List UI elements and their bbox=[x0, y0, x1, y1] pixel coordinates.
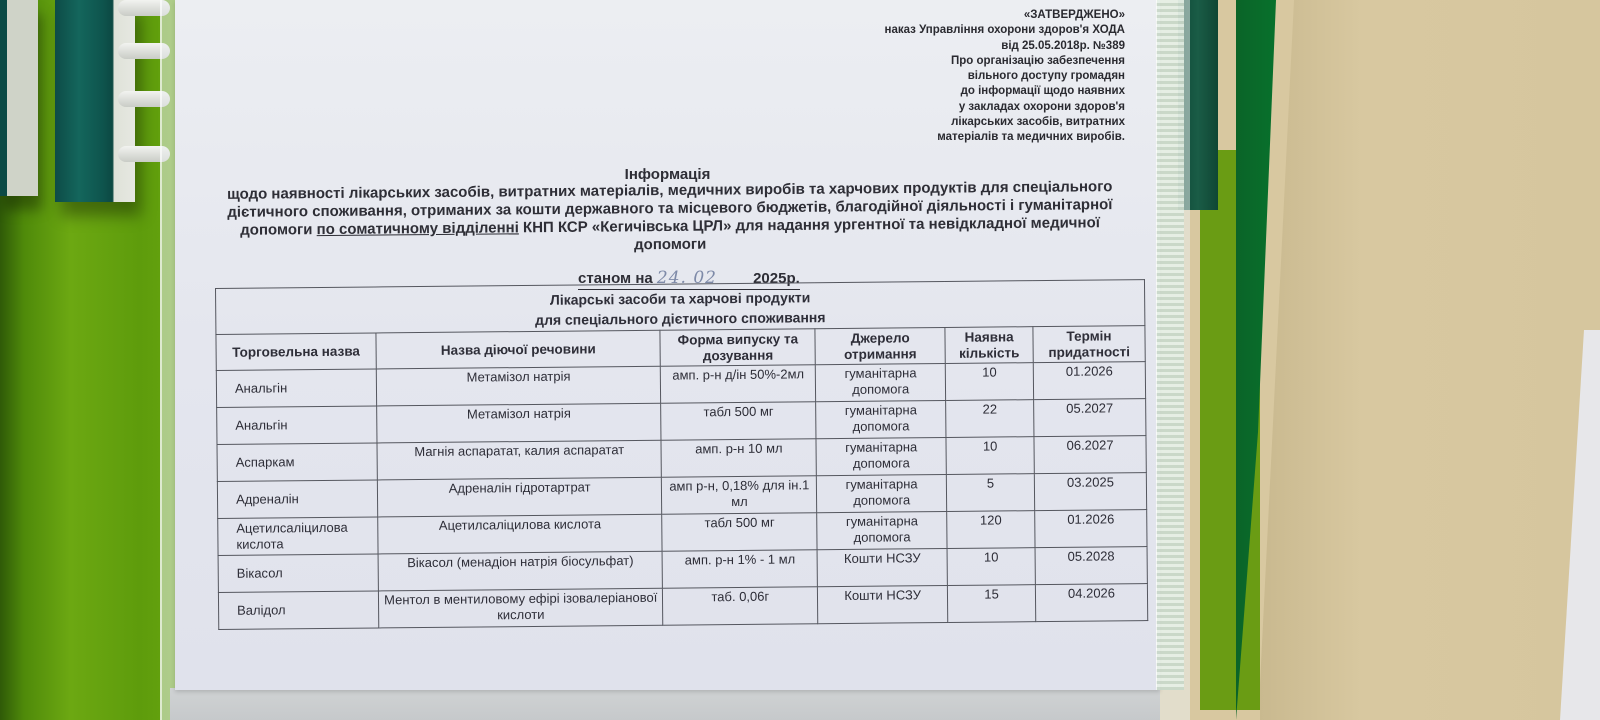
cell-substance: Метамізол натрія bbox=[376, 366, 661, 406]
cell-form: амп. р-н 1% - 1 мл bbox=[663, 550, 818, 588]
cell-source: гуманітарна допомога bbox=[817, 511, 947, 549]
cell-source: гуманітарна допомога bbox=[816, 400, 946, 438]
cell-form: табл 500 мг bbox=[661, 402, 816, 440]
cell-trade-name: Вікасол bbox=[218, 554, 378, 593]
cell-quantity: 120 bbox=[947, 511, 1035, 549]
medicines-table: Лікарські засоби та харчові продукти для… bbox=[215, 279, 1148, 630]
cell-trade-name: Валідол bbox=[218, 591, 378, 630]
cell-source: Кошти НСЗУ bbox=[818, 585, 948, 623]
approval-line: до інформації щодо наявних bbox=[805, 84, 1125, 99]
cell-form: амп р-н, 0,18% для ін.1 мл bbox=[662, 476, 817, 514]
cell-substance: Магнія аспаратат, калия аспаратат bbox=[377, 440, 662, 480]
cell-trade-name: Ацетилсаліцилова кислота bbox=[218, 517, 378, 556]
approval-line: наказ Управління охорони здоров'я ХОДА bbox=[805, 23, 1125, 38]
cell-expiry: 04.2026 bbox=[1035, 584, 1147, 622]
cell-source: Кошти НСЗУ bbox=[817, 548, 947, 586]
cell-trade-name: Анальгін bbox=[217, 406, 377, 445]
sleeve-bottom bbox=[170, 688, 1160, 720]
approval-line: Про організацію забезпечення bbox=[805, 54, 1125, 69]
cell-quantity: 22 bbox=[946, 400, 1034, 438]
beige-wall bbox=[1260, 0, 1600, 720]
cell-quantity: 5 bbox=[946, 474, 1034, 512]
cell-quantity: 10 bbox=[947, 548, 1035, 586]
cell-expiry: 01.2026 bbox=[1035, 510, 1147, 548]
cell-expiry: 05.2027 bbox=[1034, 399, 1146, 437]
col-header-expiry: Термін придатності bbox=[1033, 326, 1145, 363]
cell-quantity: 10 bbox=[945, 363, 1033, 401]
department-name: по соматичному відділенні bbox=[317, 219, 519, 238]
cell-quantity: 10 bbox=[946, 437, 1034, 475]
approval-line: у закладах охорони здоров'я bbox=[805, 100, 1125, 115]
cell-expiry: 01.2026 bbox=[1033, 362, 1145, 400]
cell-substance: Ментол в ментиловому ефірі ізовалеріанов… bbox=[378, 588, 663, 628]
sleeve-perforation bbox=[1156, 0, 1184, 690]
cell-expiry: 05.2028 bbox=[1035, 547, 1147, 585]
col-header-form: Форма випуску та дозування bbox=[660, 329, 815, 366]
col-header-trade-name: Торговельна назва bbox=[216, 333, 376, 371]
notice-sheet: «ЗАТВЕРДЖЕНО»наказ Управління охорони зд… bbox=[175, 0, 1160, 690]
approval-line: вільного доступу громадян bbox=[805, 69, 1125, 84]
cell-substance: Вікасол (менадіон натрія біосульфат) bbox=[378, 551, 663, 591]
cell-form: таб. 0,06г bbox=[663, 587, 818, 625]
approval-line: від 25.05.2018р. №389 bbox=[805, 39, 1125, 54]
table-row: ВалідолМентол в ментиловому ефірі ізовал… bbox=[218, 584, 1147, 630]
cell-quantity: 15 bbox=[947, 585, 1035, 623]
cell-substance: Адреналін гідротартрат bbox=[377, 477, 662, 517]
cell-trade-name: Адреналін bbox=[217, 480, 377, 519]
cell-source: гуманітарна допомога bbox=[816, 363, 946, 401]
approval-line: матеріалів та медичних виробів. bbox=[805, 130, 1125, 145]
col-header-quantity: Наявна кількість bbox=[945, 327, 1033, 364]
cell-form: амп. р-н д/ін 50%-2мл bbox=[661, 365, 816, 403]
col-header-substance: Назва діючої речовини bbox=[376, 330, 661, 369]
cell-expiry: 06.2027 bbox=[1034, 436, 1146, 474]
wall-rail-left bbox=[0, 0, 38, 196]
cell-source: гуманітарна допомога bbox=[816, 437, 946, 475]
cell-substance: Метамізол натрія bbox=[377, 403, 662, 443]
cell-form: амп. р-н 10 мл bbox=[661, 439, 816, 477]
approval-line: лікарських засобів, витратних bbox=[805, 115, 1125, 130]
cell-trade-name: Аспаркам bbox=[217, 443, 377, 482]
cell-source: гуманітарна допомога bbox=[817, 474, 947, 512]
approval-stamp-block: «ЗАТВЕРДЖЕНО»наказ Управління охорони зд… bbox=[805, 8, 1125, 146]
col-header-source: Джерело отримання bbox=[815, 327, 945, 364]
cell-substance: Ацетилсаліцилова кислота bbox=[378, 514, 663, 554]
approval-line: «ЗАТВЕРДЖЕНО» bbox=[805, 8, 1125, 23]
document-subtitle: щодо наявності лікарських засобів, витра… bbox=[225, 178, 1116, 258]
cell-form: табл 500 мг bbox=[662, 513, 817, 551]
cell-trade-name: Анальгін bbox=[216, 369, 376, 408]
cell-expiry: 03.2025 bbox=[1034, 473, 1146, 511]
